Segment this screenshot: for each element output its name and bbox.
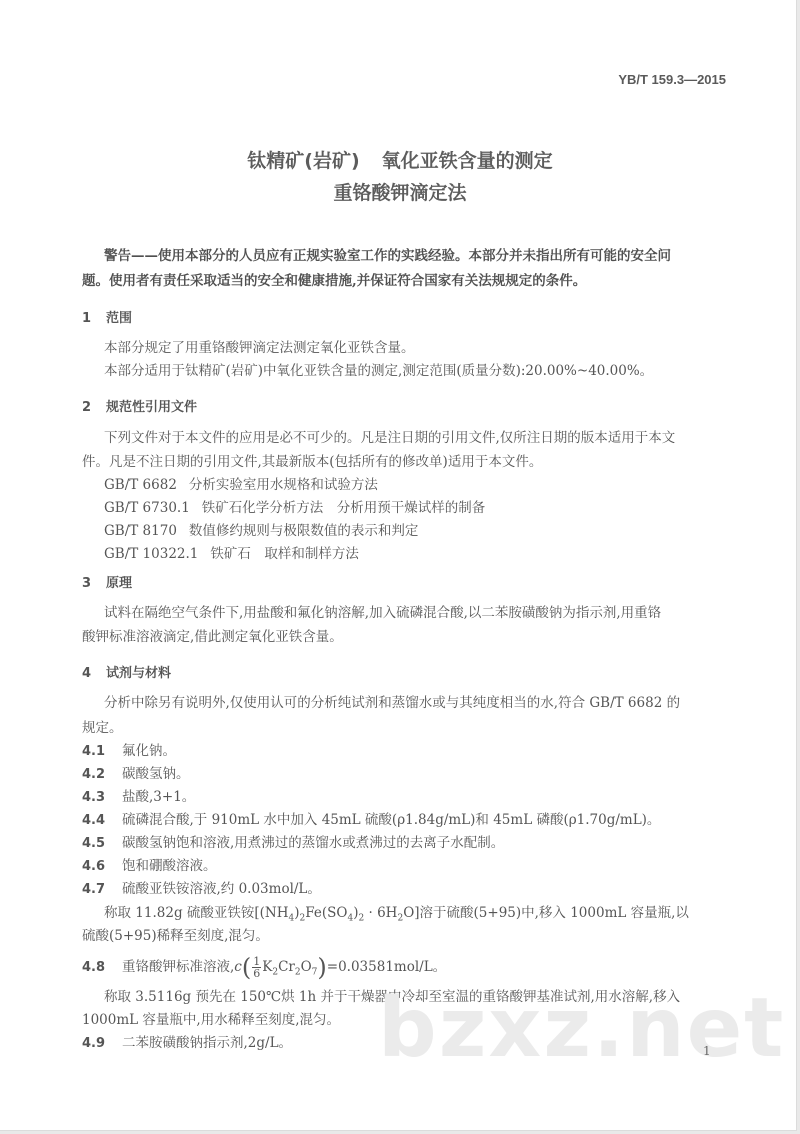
reference-code: GB/T 8170	[104, 522, 177, 540]
section-2-heading: 2规范性引用文件	[82, 399, 197, 417]
reagent-item-4-6: 4.6饱和硼酸溶液。	[82, 857, 217, 876]
item-text: 碳酸氢钠饱和溶液,用煮沸过的蒸馏水或煮沸过的去离子水配制。	[122, 835, 504, 851]
item-text-prefix: 重铬酸钾标准溶液,	[122, 959, 234, 975]
reagent-item-4-9: 4.9二苯胺磺酸钠指示剂,2g/L。	[82, 1034, 292, 1053]
item-number: 4.2	[82, 766, 122, 784]
reagent-item-4-8: 4.8重铬酸钾标准溶液,c(16K2Cr2O7)=0.03581mol/L。	[82, 956, 446, 982]
section-3-paragraph-line2: 酸钾标准溶液滴定,借此测定氧化亚铁含量。	[82, 628, 343, 646]
formula-c: c	[234, 959, 242, 975]
item-number: 4.9	[82, 1035, 122, 1053]
reagent-item-4-5: 4.5碳酸氢钠饱和溶液,用煮沸过的蒸馏水或煮沸过的去离子水配制。	[82, 834, 504, 853]
reference-item: GB/T 6682分析实验室用水规格和试验方法	[104, 476, 378, 494]
item-number: 4.8	[82, 959, 122, 977]
reference-title: 分析实验室用水规格和试验方法	[189, 477, 378, 493]
section-3-paragraph-line1: 试料在隔绝空气条件下,用盐酸和氟化钠溶解,加入硫磷混合酸,以二苯胺磺酸钠为指示剂…	[104, 604, 661, 622]
section-number: 1	[82, 310, 106, 328]
section-1-paragraph-2: 本部分适用于钛精矿(岩矿)中氧化亚铁含量的测定,测定范围(质量分数):20.00…	[104, 362, 653, 380]
item-number: 4.3	[82, 789, 122, 807]
section-1-heading: 1范围	[82, 310, 132, 328]
section-title: 试剂与材料	[106, 666, 171, 681]
standard-code: YB/T 159.3—2015	[618, 72, 726, 87]
reagent-item-4-4: 4.4硫磷混合酸,于 910mL 水中加入 45mL 硫酸(ρ1.84g/mL)…	[82, 811, 660, 830]
reference-title: 铁矿石化学分析方法 分析用预干燥试样的制备	[202, 500, 486, 516]
item-text: 二苯胺磺酸钠指示剂,2g/L。	[122, 1035, 292, 1051]
document-page: YB/T 159.3—2015 钛精矿(岩矿)氧化亚铁含量的测定 重铬酸钾滴定法…	[0, 0, 797, 1131]
item-text: 氟化钠。	[122, 743, 176, 759]
reference-code: GB/T 10322.1	[104, 545, 198, 563]
reference-title: 数值修约规则与极限数值的表示和判定	[189, 523, 419, 539]
item-4-7-paragraph-line1: 称取 11.82g 硫酸亚铁铵[(NH4)2Fe(SO4)2 · 6H2O]溶于…	[104, 904, 689, 928]
reagent-item-4-3: 4.3盐酸,3+1。	[82, 788, 195, 807]
item-text: 硫酸亚铁铵溶液,约 0.03mol/L。	[122, 881, 321, 897]
document-title-line2: 重铬酸钾滴定法	[0, 178, 800, 205]
item-4-7-paragraph-line2: 硫酸(5+95)稀释至刻度,混匀。	[82, 927, 269, 945]
section-number: 2	[82, 399, 106, 417]
section-number: 3	[82, 575, 106, 593]
reagent-item-4-7: 4.7硫酸亚铁铵溶液,约 0.03mol/L。	[82, 880, 321, 899]
item-number: 4.5	[82, 835, 122, 853]
reference-title: 铁矿石 取样和制样方法	[210, 546, 359, 562]
section-2-paragraph-line1: 下列文件对于本文件的应用是必不可少的。凡是注日期的引用文件,仅所注日期的版本适用…	[104, 429, 675, 447]
section-4-heading: 4试剂与材料	[82, 665, 171, 683]
item-number: 4.1	[82, 743, 122, 761]
reference-item: GB/T 6730.1铁矿石化学分析方法 分析用预干燥试样的制备	[104, 499, 485, 517]
page-number: 1	[703, 1044, 711, 1058]
section-title: 规范性引用文件	[106, 400, 197, 415]
item-text: 碳酸氢钠。	[122, 766, 190, 782]
document-title-line1: 钛精矿(岩矿)氧化亚铁含量的测定	[0, 146, 800, 173]
item-text: 饱和硼酸溶液。	[122, 858, 217, 874]
item-text: 硫磷混合酸,于 910mL 水中加入 45mL 硫酸(ρ1.84g/mL)和 4…	[122, 812, 660, 828]
reagent-item-4-2: 4.2碳酸氢钠。	[82, 765, 190, 784]
title-part2: 氧化亚铁含量的测定	[382, 150, 553, 172]
watermark: bzxz.net	[378, 988, 785, 1070]
section-title: 原理	[106, 576, 132, 591]
item-number: 4.6	[82, 858, 122, 876]
item-number: 4.7	[82, 881, 122, 899]
reference-item: GB/T 10322.1铁矿石 取样和制样方法	[104, 545, 359, 563]
item-text-suffix: =0.03581mol/L。	[327, 959, 446, 975]
section-number: 4	[82, 665, 106, 683]
section-title: 范围	[106, 311, 132, 326]
item-4-8-paragraph-line2: 1000mL 容量瓶中,用水稀释至刻度,混匀。	[82, 1011, 340, 1029]
section-2-paragraph-line2: 件。凡是不注日期的引用文件,其最新版本(包括所有的修改单)适用于本文件。	[82, 453, 542, 471]
reference-code: GB/T 6730.1	[104, 499, 190, 517]
section-4-paragraph-line2: 规定。	[82, 719, 123, 737]
reference-code: GB/T 6682	[104, 476, 177, 494]
warning-line1: 警告——使用本部分的人员应有正规实验室工作的实践经验。本部分并未指出所有可能的安…	[104, 247, 671, 265]
section-3-heading: 3原理	[82, 575, 132, 593]
item-text: 盐酸,3+1。	[122, 789, 195, 805]
reagent-item-4-1: 4.1氟化钠。	[82, 742, 176, 761]
item-number: 4.4	[82, 812, 122, 830]
title-part1: 钛精矿(岩矿)	[247, 150, 359, 172]
warning-line2: 题。使用者有责任采取适当的安全和健康措施,并保证符合国家有关法规规定的条件。	[82, 272, 586, 290]
formula-fraction: 16	[252, 956, 261, 979]
section-1-paragraph-1: 本部分规定了用重铬酸钾滴定法测定氧化亚铁含量。	[104, 339, 415, 357]
section-4-paragraph-line1: 分析中除另有说明外,仅使用认可的分析纯试剂和蒸馏水或与其纯度相当的水,符合 GB…	[104, 694, 680, 712]
reference-item: GB/T 8170数值修约规则与极限数值的表示和判定	[104, 522, 418, 540]
